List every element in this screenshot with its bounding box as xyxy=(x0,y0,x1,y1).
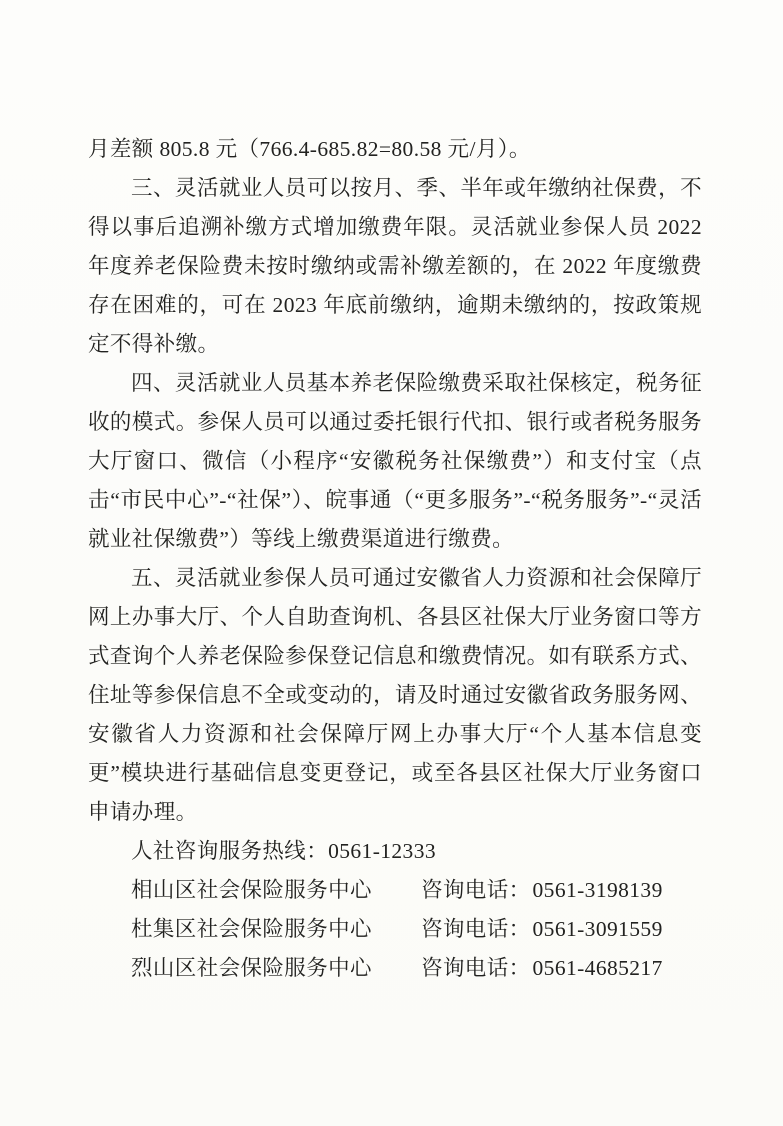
service-center-name: 相山区社会保险服务中心 xyxy=(131,871,421,910)
service-center-name: 杜集区社会保险服务中心 xyxy=(131,910,421,949)
continuation-paragraph: 月差额 805.8 元（766.4-685.82=80.58 元/月）。 xyxy=(88,130,702,169)
contact-phone: 咨询电话：0561-3091559 xyxy=(421,910,663,949)
contact-phone: 咨询电话：0561-3198139 xyxy=(421,871,663,910)
contact-phone: 咨询电话：0561-4685217 xyxy=(421,949,663,988)
phone-label: 咨询电话： xyxy=(421,917,531,941)
phone-label: 咨询电话： xyxy=(421,956,531,980)
phone-number: 0561-4685217 xyxy=(531,956,663,980)
phone-number: 0561-3198139 xyxy=(531,878,663,902)
contact-row: 相山区社会保险服务中心 咨询电话：0561-3198139 xyxy=(88,871,702,910)
contact-row: 杜集区社会保险服务中心 咨询电话：0561-3091559 xyxy=(88,910,702,949)
scanned-document-page: 月差额 805.8 元（766.4-685.82=80.58 元/月）。 三、灵… xyxy=(0,0,783,1126)
hotline-line: 人社咨询服务热线：0561-12333 xyxy=(88,832,702,871)
paragraph-item-three: 三、灵活就业人员可以按月、季、半年或年缴纳社保费，不得以事后追溯补缴方式增加缴费… xyxy=(88,169,702,364)
service-center-name: 烈山区社会保险服务中心 xyxy=(131,949,421,988)
phone-label: 咨询电话： xyxy=(421,878,531,902)
paragraph-item-five: 五、灵活就业参保人员可通过安徽省人力资源和社会保障厅网上办事大厅、个人自助查询机… xyxy=(88,559,702,832)
paragraph-item-four: 四、灵活就业人员基本养老保险缴费采取社保核定，税务征收的模式。参保人员可以通过委… xyxy=(88,364,702,559)
document-body: 月差额 805.8 元（766.4-685.82=80.58 元/月）。 三、灵… xyxy=(88,130,702,988)
phone-number: 0561-3091559 xyxy=(531,917,663,941)
contact-row: 烈山区社会保险服务中心 咨询电话：0561-4685217 xyxy=(88,949,702,988)
